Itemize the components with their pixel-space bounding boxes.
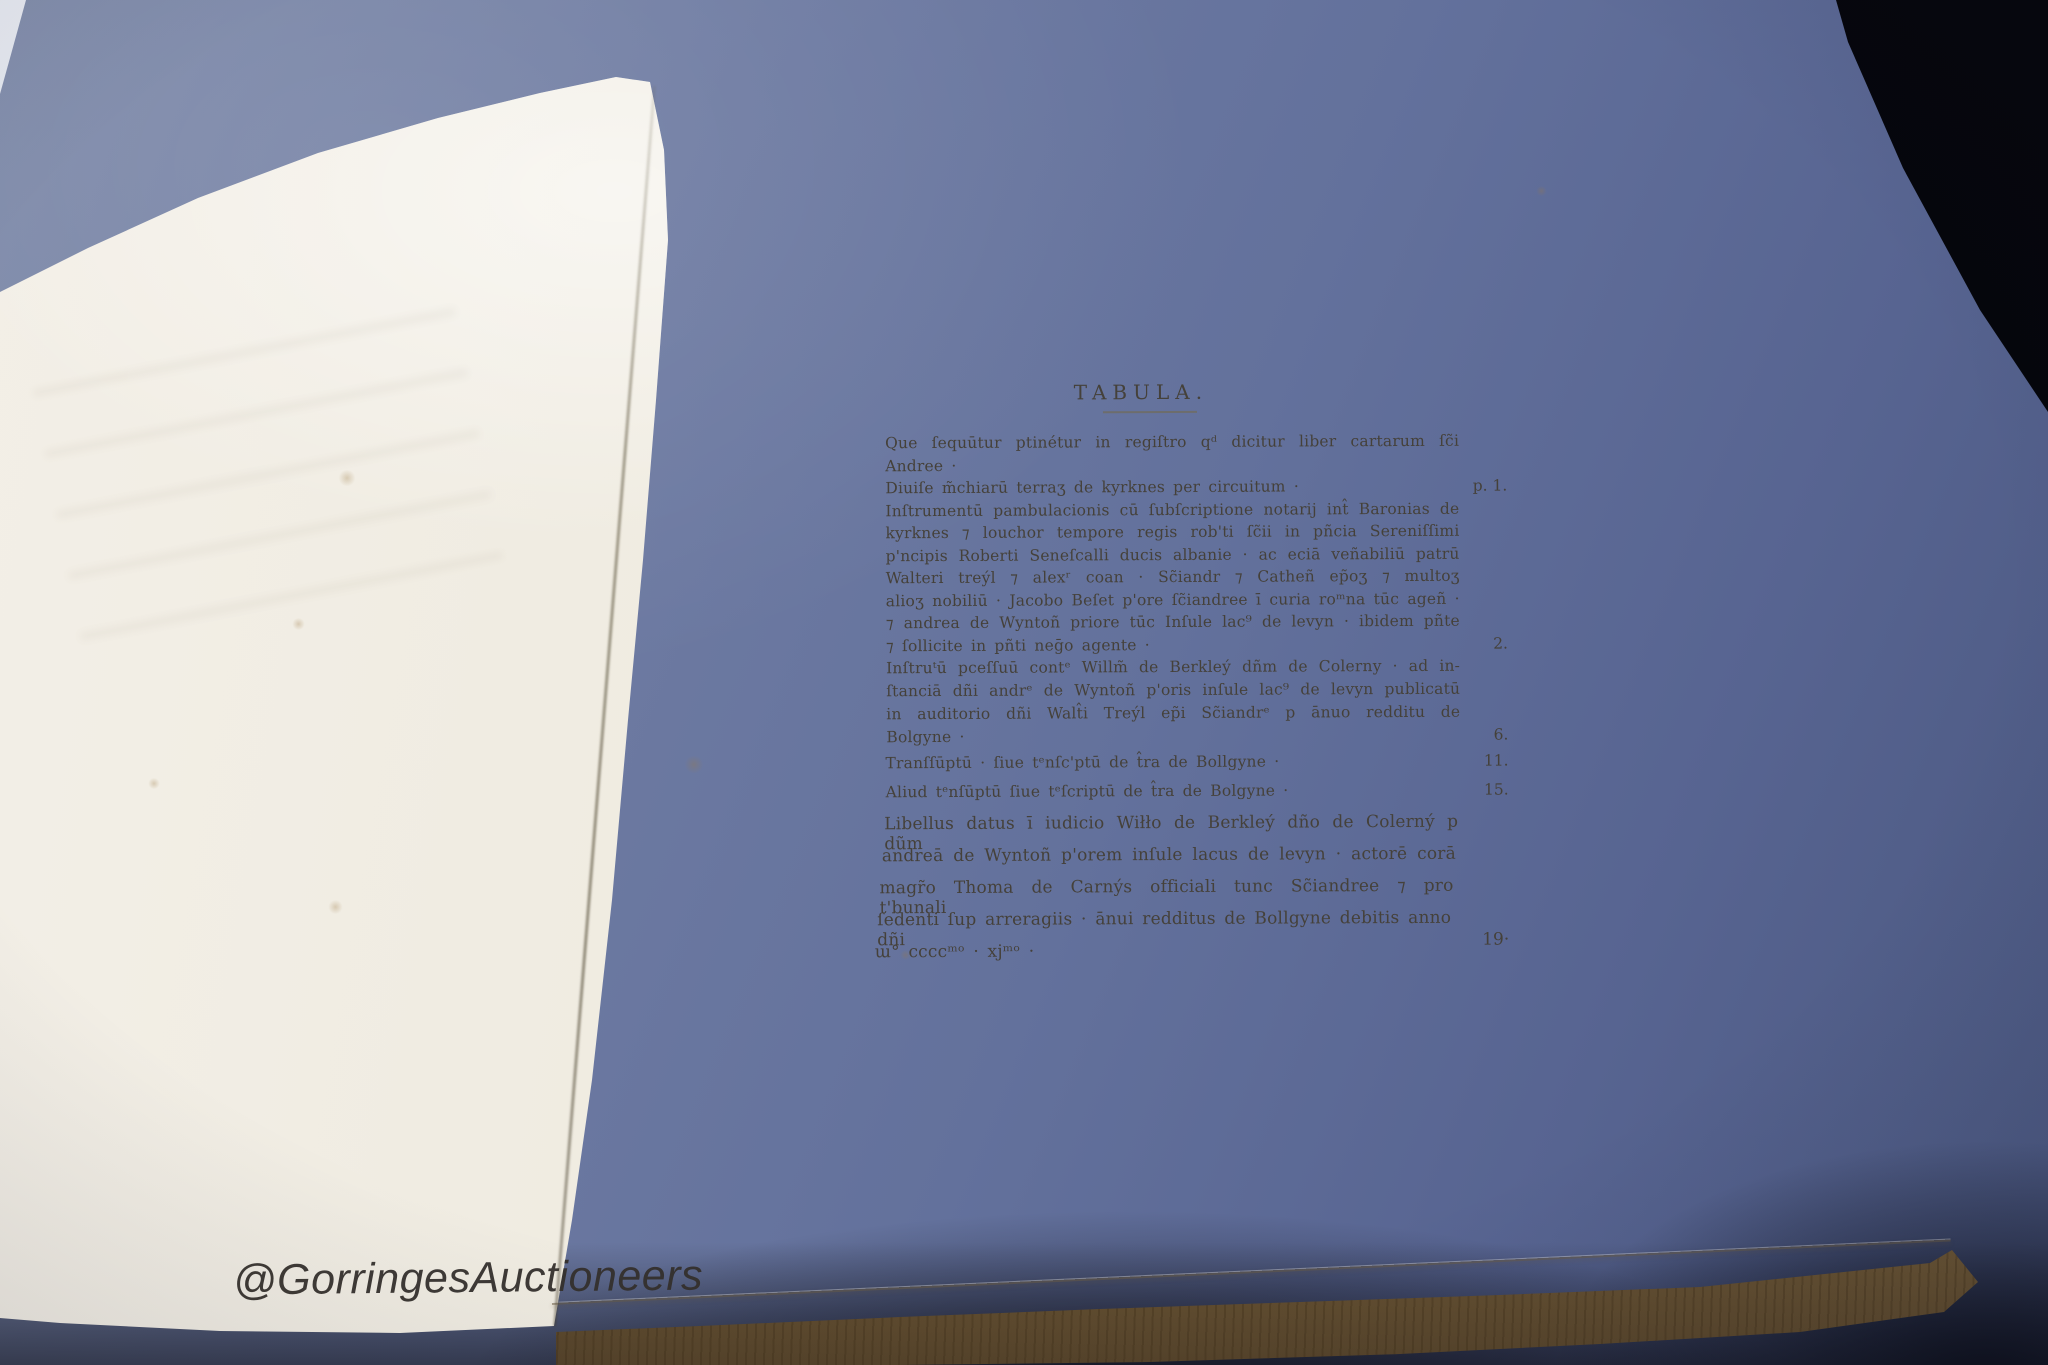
toc-page-number: 6. (1398, 726, 1508, 745)
toc-line-text: alioʒ nobiliū · Jacobo Beſet p'ore ſc̃ia… (886, 590, 1460, 611)
toc-line-text: Inſtruᵗū pceſſuū contᵉ Willm̃ de Berkleý… (886, 657, 1460, 678)
toc-line-text: ſtanciā dñi andrᵉ de Wyntoñ p'oris inſul… (886, 680, 1460, 701)
toc-line-text: Diuiſe m̃chiarū terraʒ de kyrknes per ci… (885, 477, 1459, 498)
toc-line-text: Walteri treýl ⁊ alexʳ coan · Sc̃iandr ⁊ … (886, 567, 1460, 588)
toc-page-number: p. 1. (1397, 477, 1507, 496)
toc-line-text: kyrknes ⁊ louchor tempore regis rob'ti ſ… (885, 522, 1459, 543)
toc-line-text: Inſtrumentū pambulacionis cū ſubſcriptio… (885, 500, 1459, 521)
toc-line-text: in auditorio dñi Walt̂i Treýl ep̃i Sc̃ia… (886, 703, 1460, 724)
toc-line-text: p'ncipis Roberti Seneſcalli ducis albani… (886, 545, 1460, 566)
toc-page-number: 11. (1398, 752, 1508, 771)
toc-line-text: ɯ° ccccᵐᵒ · xjᵐᵒ · (875, 940, 1449, 963)
toc-line-text: Bolgyne · (886, 726, 1460, 747)
toc-page-number: 2. (1398, 635, 1508, 654)
page-title: TABULA. (1011, 382, 1271, 403)
toc-line-text: ⁊ andrea de Wyntoñ priore tūc Inſule lac… (886, 612, 1460, 633)
auction-photo-open-book: TABULA. Que ſequūtur ptinétur in regiſtr… (0, 0, 2048, 1365)
toc-line-text: Que ſequūtur ptinétur in regiſtro qᵈ dic… (885, 432, 1459, 453)
title-rule (1103, 411, 1197, 413)
toc-page-number: 15. (1399, 781, 1509, 800)
toc-line-text: Aliud tᵉnſūptū ſiue tᵉſcriptū de t̂ra de… (886, 781, 1460, 802)
toc-line-text: andreā de Wyntoñ p'orem inſule lacus de … (882, 844, 1456, 867)
printed-content: TABULA. Que ſequūtur ptinétur in regiſtr… (0, 0, 2048, 1365)
toc-line-text: Tranſſūptū · ſiue tᵉnſc'ptū de t̂ra de B… (885, 752, 1459, 773)
toc-line-text: Andree · (885, 455, 1459, 476)
watermark: @GorringesAuctioneers (233, 1252, 704, 1306)
toc-line-text: ⁊ ſollicite in pñti neḡo agente · (886, 635, 1460, 656)
